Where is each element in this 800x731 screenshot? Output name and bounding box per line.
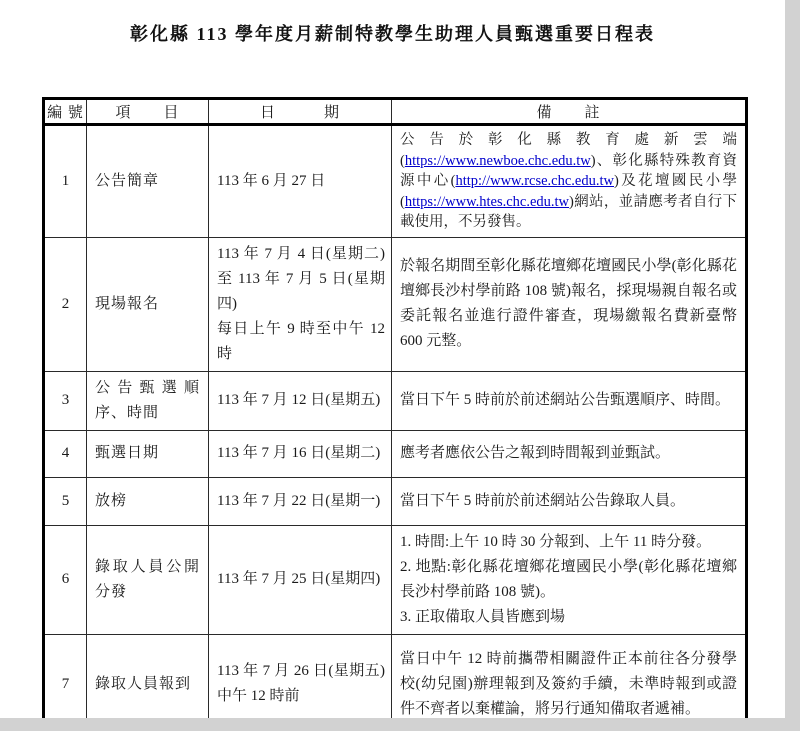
remark-text: 當日下午 5 時前於前述網站公告甄選順序、時間。 <box>400 392 730 408</box>
remark-cell: 當日下午 5 時前於前述網站公告錄取人員。 <box>392 477 747 525</box>
item-cell: 錄取人員報到 <box>87 634 209 731</box>
date-cell: 113 年 7 月 4 日(星期二)至 113 年 7 月 5 日(星期四)每日… <box>209 237 392 371</box>
document-page: { "page": { "title": "彰化縣 113 學年度月薪制特教學生… <box>0 0 800 731</box>
item-cell: 放榜 <box>87 477 209 525</box>
row-number-cell: 2 <box>44 237 87 371</box>
remark-text: 於報名期間至彰化縣花壇鄉花壇國民小學(彰化縣花壇鄉長沙村學前路 108 號)報名… <box>400 258 737 349</box>
item-cell: 錄取人員公開分發 <box>87 525 209 634</box>
remark-link[interactable]: https://www.htes.chc.edu.tw <box>405 194 569 210</box>
text-line: 1. 時間:上午 10 時 30 分報到、上午 11 時分發。 <box>400 530 737 555</box>
page-title: 彰化縣 113 學年度月薪制特教學生助理人員甄選重要日程表 <box>0 20 785 46</box>
table-row: 4 甄選日期 113 年 7 月 16 日(星期二) 應考者應依公告之報到時間報… <box>44 430 747 477</box>
text-line: 113 年 7 月 4 日(星期二)至 113 年 7 月 5 日(星期四) <box>217 242 385 317</box>
item-cell: 甄選日期 <box>87 430 209 477</box>
remark-cell: 應考者應依公告之報到時間報到並甄試。 <box>392 430 747 477</box>
table-row: 7 錄取人員報到 113 年 7 月 26 日(星期五)中午 12 時前 當日中… <box>44 634 747 731</box>
date-cell: 113 年 6 月 27 日 <box>209 125 392 238</box>
row-number-cell: 4 <box>44 430 87 477</box>
text-line: 3. 正取備取人員皆應到場 <box>400 605 737 630</box>
item-cell: 公告簡章 <box>87 125 209 238</box>
remark-link[interactable]: http://www.rcse.chc.edu.tw <box>455 173 614 189</box>
item-cell: 現場報名 <box>87 237 209 371</box>
row-number-cell: 1 <box>44 125 87 238</box>
row-number-cell: 6 <box>44 525 87 634</box>
item-cell: 公告甄選順序、時間 <box>87 371 209 430</box>
page-edge-right <box>785 0 800 731</box>
date-cell: 113 年 7 月 22 日(星期一) <box>209 477 392 525</box>
table-row: 3 公告甄選順序、時間 113 年 7 月 12 日(星期五) 當日下午 5 時… <box>44 371 747 430</box>
row-number-cell: 7 <box>44 634 87 731</box>
text-line: 2. 地點:彰化縣花壇鄉花壇國民小學(彰化縣花壇鄉長沙村學前路 108 號)。 <box>400 555 737 605</box>
text-line: 113 年 7 月 25 日(星期四) <box>217 567 385 592</box>
date-cell: 113 年 7 月 26 日(星期五)中午 12 時前 <box>209 634 392 731</box>
remark-link[interactable]: https://www.newboe.chc.edu.tw <box>405 153 591 169</box>
remark-cell: 1. 時間:上午 10 時 30 分報到、上午 11 時分發。2. 地點:彰化縣… <box>392 525 747 634</box>
text-line: 113 年 7 月 12 日(星期五) <box>217 388 385 413</box>
date-cell: 113 年 7 月 25 日(星期四) <box>209 525 392 634</box>
row-number-cell: 5 <box>44 477 87 525</box>
schedule-table: 編 號 項 目 日 期 備 註 1 公告簡章 113 年 6 月 27 日 公告… <box>42 97 748 731</box>
header-date: 日 期 <box>209 99 392 125</box>
text-line: 113 年 7 月 26 日(星期五)中午 12 時前 <box>217 659 385 709</box>
page-edge-bottom <box>0 718 800 731</box>
table-row: 2 現場報名 113 年 7 月 4 日(星期二)至 113 年 7 月 5 日… <box>44 237 747 371</box>
remark-cell: 公告於彰化縣教育處新雲端(https://www.newboe.chc.edu.… <box>392 125 747 238</box>
date-cell: 113 年 7 月 12 日(星期五) <box>209 371 392 430</box>
text-line: 113 年 7 月 22 日(星期一) <box>217 489 385 514</box>
remark-cell: 當日下午 5 時前於前述網站公告甄選順序、時間。 <box>392 371 747 430</box>
row-number-cell: 3 <box>44 371 87 430</box>
header-remark: 備 註 <box>392 99 747 125</box>
remark-text: 當日中午 12 時前攜帶相關證件正本前往各分發學校(幼兒園)辦理報到及簽約手續，… <box>400 651 737 717</box>
remark-cell: 於報名期間至彰化縣花壇鄉花壇國民小學(彰化縣花壇鄉長沙村學前路 108 號)報名… <box>392 237 747 371</box>
text-line: 113 年 7 月 16 日(星期二) <box>217 441 385 466</box>
table-row: 1 公告簡章 113 年 6 月 27 日 公告於彰化縣教育處新雲端(https… <box>44 125 747 238</box>
header-number: 編 號 <box>44 99 87 125</box>
remark-text: 應考者應依公告之報到時間報到並甄試。 <box>400 445 670 461</box>
text-line: 每日上午 9 時至中午 12 時 <box>217 317 385 367</box>
text-line: 113 年 6 月 27 日 <box>217 169 385 194</box>
remark-text: 當日下午 5 時前於前述網站公告錄取人員。 <box>400 493 685 509</box>
table-header-row: 編 號 項 目 日 期 備 註 <box>44 99 747 125</box>
date-cell: 113 年 7 月 16 日(星期二) <box>209 430 392 477</box>
table-row: 5 放榜 113 年 7 月 22 日(星期一) 當日下午 5 時前於前述網站公… <box>44 477 747 525</box>
remark-cell: 當日中午 12 時前攜帶相關證件正本前往各分發學校(幼兒園)辦理報到及簽約手續，… <box>392 634 747 731</box>
header-item: 項 目 <box>87 99 209 125</box>
table-row: 6 錄取人員公開分發 113 年 7 月 25 日(星期四) 1. 時間:上午 … <box>44 525 747 634</box>
